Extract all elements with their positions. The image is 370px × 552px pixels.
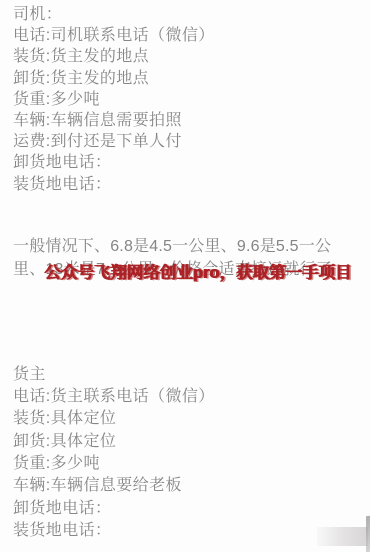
note-page: 司机： 电话:司机联系电话（微信） 装货:货主发的地点 卸货:货主发的地点 货重… (0, 0, 370, 552)
owner-info-section: 货主 电话:货主联系电话（微信） 装货:具体定位 卸货:具体定位 货重:多少吨 … (13, 364, 370, 542)
driver-load-line: 装货:货主发的地点 (13, 46, 370, 67)
pricing-line-1: 一般情况下、6.8是4.5一公里、9.6是5.5一公 (13, 235, 370, 258)
driver-unload-line: 卸货:货主发的地点 (13, 68, 370, 89)
driver-phone-line: 电话:司机联系电话（微信） (13, 25, 370, 46)
driver-section-title: 司机： (13, 4, 370, 25)
pricing-note-section: 一般情况下、6.8是4.5一公里、9.6是5.5一公 里、13米是7一公里、价格… (13, 235, 370, 281)
driver-unload-phone-line: 卸货地电话： (13, 152, 370, 173)
driver-vehicle-line: 车辆:车辆信息需要拍照 (13, 110, 370, 131)
owner-load-line: 装货:具体定位 (13, 408, 370, 430)
owner-load-phone-line: 装货地电话： (13, 520, 370, 542)
driver-info-section: 司机： 电话:司机联系电话（微信） 装货:货主发的地点 卸货:货主发的地点 货重… (13, 4, 370, 195)
driver-freight-line: 运费:到付还是下单人付 (13, 131, 370, 152)
pricing-line-2-prefix: 里、 (13, 261, 45, 278)
owner-unload-line: 卸货:具体定位 (13, 431, 370, 453)
owner-section-title: 货主 (13, 364, 370, 386)
owner-phone-line: 电话:货主联系电话（微信） (13, 386, 370, 408)
owner-unload-phone-line: 卸货地电话： (13, 498, 370, 520)
owner-weight-line: 货重:多少吨 (13, 453, 370, 475)
driver-weight-line: 货重:多少吨 (13, 89, 370, 110)
watermark-text: 公众号飞翔网络创业pro，获取第一手项目 (44, 259, 351, 283)
owner-vehicle-line: 车辆:车辆信息要给老板 (13, 475, 370, 497)
driver-load-phone-line: 装货地电话： (13, 174, 370, 195)
